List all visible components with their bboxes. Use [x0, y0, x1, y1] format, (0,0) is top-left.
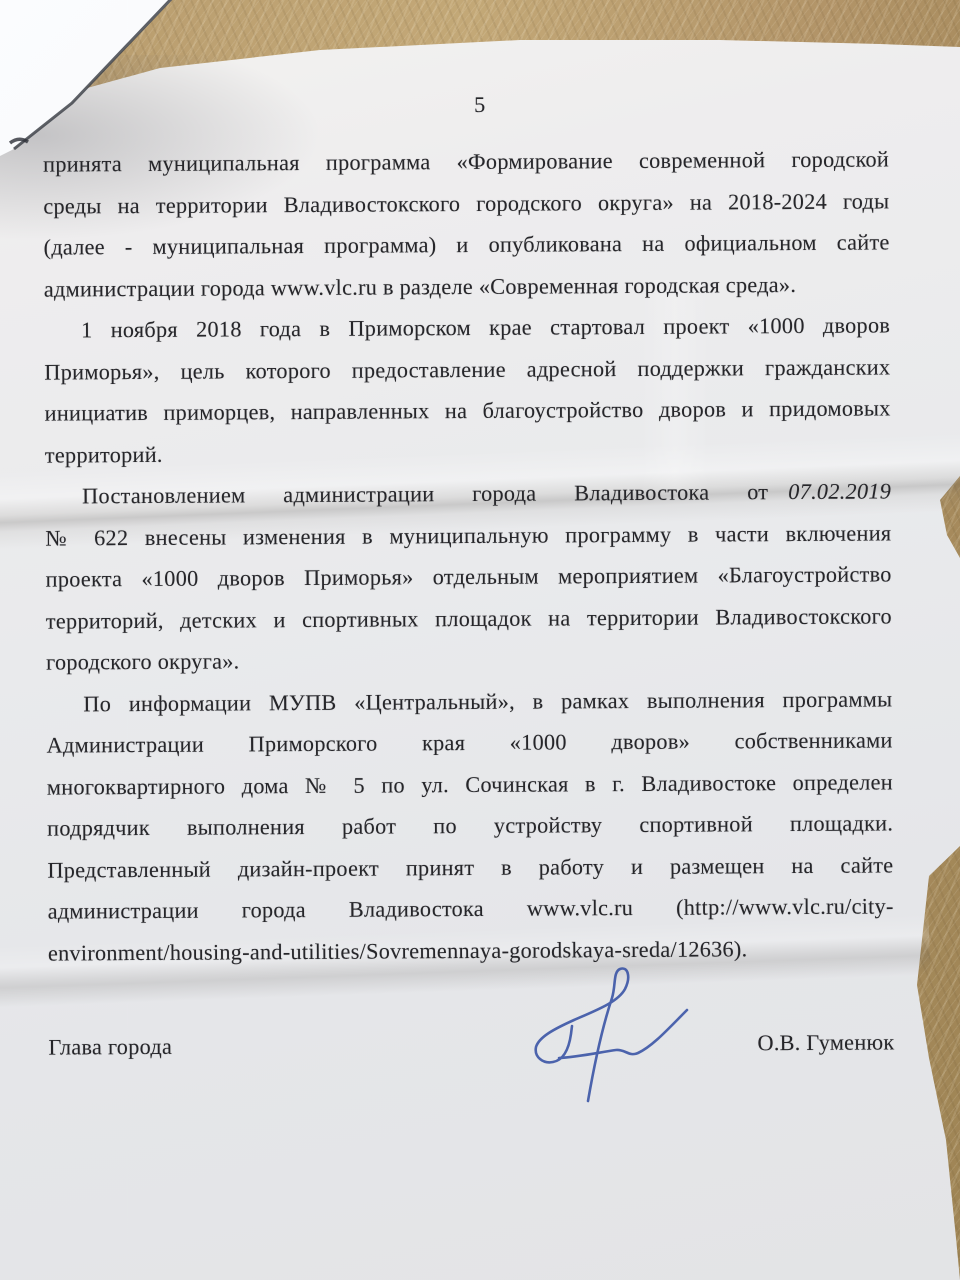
paragraph-line: многоквартирного дома № 5 по ул. Сочинск…	[47, 761, 893, 808]
paragraph-line: территорий, детских и спортивных площадо…	[46, 595, 892, 642]
document-body: принята муниципальная программа «Формиро…	[43, 138, 894, 973]
signer-title: Глава города	[48, 1026, 172, 1068]
signer-name: О.В. Гуменюк	[757, 1021, 894, 1063]
paragraph-line: 1 ноября 2018 года в Приморском крае ста…	[44, 304, 890, 351]
line-italic-date: 07.02.2019	[788, 470, 891, 512]
line-regular-text: Постановлением администрации города Влад…	[82, 471, 768, 517]
paragraph-line: городского округа».	[46, 636, 892, 683]
paragraph-line: № 622 внесены изменения в муниципальную …	[45, 512, 891, 559]
page-number: 5	[43, 81, 889, 128]
paragraph-line: среды на территории Владивостокского гор…	[43, 180, 889, 227]
paragraph-line: Администрации Приморского края «1000 дво…	[47, 719, 893, 766]
paragraph-line: проекта «1000 дворов Приморья» отдельным…	[45, 553, 891, 600]
paragraph-line: принята муниципальная программа «Формиро…	[43, 138, 889, 185]
paragraph-line: (далее - муниципальная программа) и опуб…	[43, 221, 889, 268]
paragraph-line: environment/housing-and-utilities/Sovrem…	[48, 927, 894, 974]
paragraph-line: По информации МУПВ «Центральный», в рамк…	[46, 678, 892, 725]
paragraph-line: Постановлением администрации города Влад…	[45, 470, 891, 517]
paragraph-line: инициатив приморцев, направленных на бла…	[44, 387, 890, 434]
paragraph-line: Приморья», цель которого предоставление …	[44, 346, 890, 393]
signature-block: Глава города О.В. Гуменюк	[48, 1021, 894, 1068]
paragraph-line: подрядчик выполнения работ по устройству…	[47, 802, 893, 849]
document-text: 5 принята муниципальная программа «Форми…	[42, 0, 896, 1280]
paragraph-line: Представленный дизайн-проект принят в ра…	[47, 844, 893, 891]
paragraph-line: администрации города www.vlc.ru в раздел…	[44, 263, 890, 310]
photo-of-document: 5 принята муниципальная программа «Форми…	[0, 0, 960, 1280]
paragraph-line: территорий.	[45, 429, 891, 476]
paragraph-line: администрации города Владивостока www.vl…	[48, 885, 894, 932]
